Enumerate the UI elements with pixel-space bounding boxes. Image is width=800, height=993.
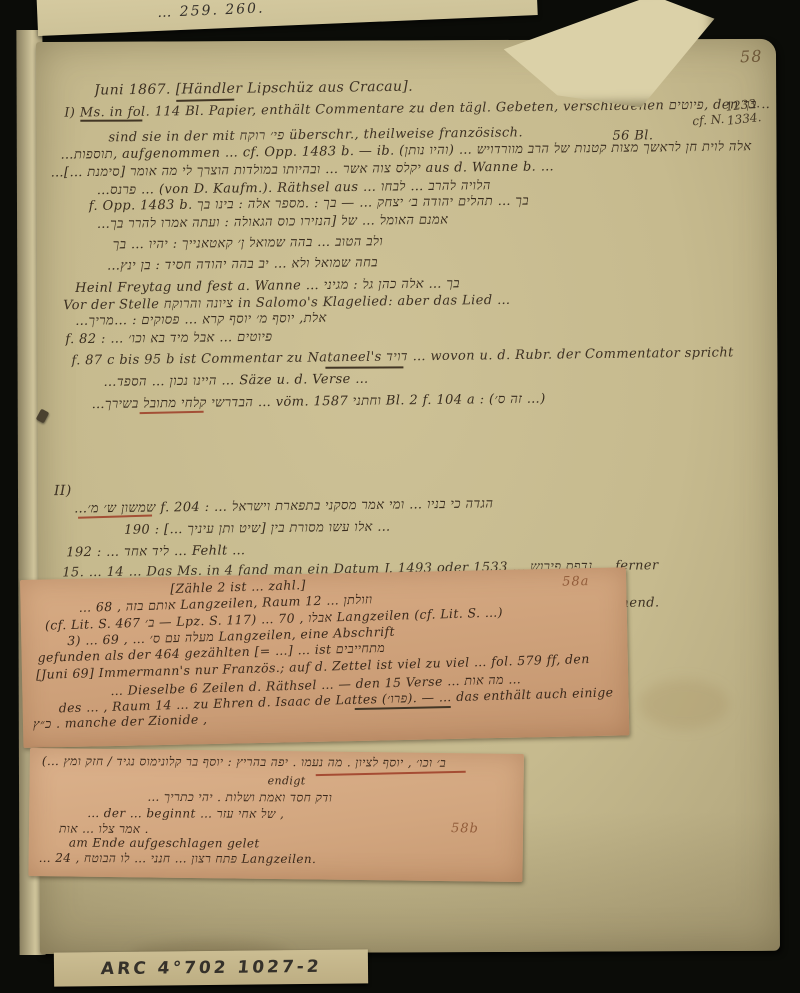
margin-ref-prefix: cf. N.	[692, 112, 725, 128]
paper-stain	[639, 679, 729, 729]
ink-underline	[80, 120, 142, 122]
ink-underline	[325, 366, 403, 368]
scanned-manuscript-photo: … 259. 260. 58 cf. N. 1233. 1334. Juni 1…	[0, 0, 800, 993]
handwritten-line: …שמשון ש׳ מ׳ f. 204 : … הגדה כי בניו … ו…	[74, 494, 764, 517]
red-underline	[140, 411, 204, 414]
slip-b-label: 58b	[451, 821, 479, 836]
shelfmark-label: ARC 4°702 1027-2	[54, 949, 368, 986]
handwritten-line: … der … beginnt … של אחי עזר ,	[87, 807, 427, 822]
ink-underline	[176, 99, 234, 102]
top-sheet-strip: … 259. 260.	[36, 0, 538, 36]
handwritten-line: I) Ms. in fol. 114 Bl. Papier, enthält C…	[64, 98, 770, 121]
handwritten-line: … פתח רצון … חנני … לו הבוטח , 24 Langze…	[39, 852, 479, 867]
handwritten-line: … ודק חסד ואמת ושלות . יהי כתריך	[147, 791, 497, 806]
section-heading: II)	[54, 484, 94, 500]
handwritten-line: 192 : … ליד אחד … Fehlt …	[66, 539, 706, 561]
handwritten-line: f. 82 : … פיוטים … אבל מיד בא וכו׳	[65, 326, 665, 348]
handwritten-line: …אמנם האומל … של [הנזירו כוס הגאולה : וע…	[97, 211, 637, 232]
pasted-slip-a: [Zähle 2 ist … zahl.] 58a … אותם בזה , 6…	[20, 567, 629, 748]
date-line: Juni 1867. [Händler Lipschüz aus Cracau]…	[94, 78, 554, 99]
folio-number: 58	[740, 46, 763, 66]
handwritten-line: (… ב׳ וכו׳ , יוסף לציון . מה נעמו . יפה …	[42, 755, 512, 770]
handwritten-line: endigt	[268, 775, 348, 787]
handwritten-line: ולב הטוב … בהה שמואל ן׳ קאטאנייך : יהיו …	[113, 233, 583, 253]
handwritten-line: …היינו נכון … הספד … Säze u. d. Verse …	[103, 369, 663, 390]
handwritten-line: am Ende aufgeschlagen gelet	[69, 837, 359, 851]
pasted-slip-b: (… ב׳ וכו׳ , יוסף לציון . מה נעמו . יפה …	[28, 748, 524, 882]
top-sheet-note: … 259. 260.	[157, 0, 265, 20]
handwritten-line: אמר צלו … אות .	[59, 823, 359, 837]
handwritten-line: …הבדרשי קלחי מתובל בשירך … vöm. וחתני 15…	[92, 391, 692, 413]
shelfmark-text: ARC 4°702 1027-2	[100, 957, 322, 979]
handwritten-line: 190 : [… שיט ותן עיניך] אלו עשו מסורת בי…	[124, 517, 684, 538]
handwritten-line: f. 87 c bis 95 b ist Commentar zu Natane…	[71, 346, 735, 368]
handwritten-line: …בחה שמואל ולא … יב בהה יהודה חסיד : בן …	[107, 254, 607, 274]
